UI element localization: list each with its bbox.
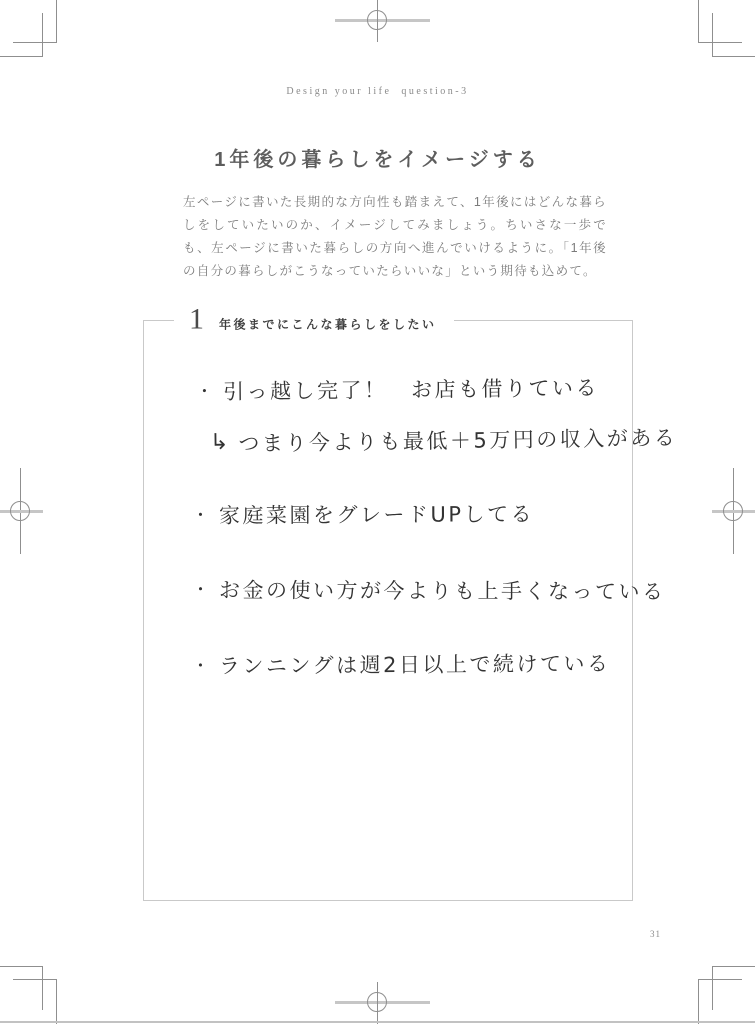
bullet-icon: ・ [192,503,209,524]
page-title: 1年後の暮らしをイメージする [0,143,755,172]
running-head: Design your life question-3 [0,86,755,97]
entry-text: 家庭菜園をグレードUPしてる [219,501,534,530]
handwritten-entry: ・ ランニングは週2日以上で続けている [192,651,611,681]
worksheet-box: 1 年後までにこんな暮らしをしたい ・ 引っ越し完了！ お店も借りている ↳ つ… [143,320,633,901]
handwritten-entry: ・ 家庭菜園をグレードUPしてる [192,501,534,530]
entry-text: ランニングは週2日以上で続けている [219,651,611,681]
entry-text: つまり今よりも最低＋5万円の収入がある [238,425,677,458]
branch-arrow-icon: ↳ [210,431,229,453]
bullet-icon: ・ [192,577,209,598]
book-page: Design your life question-3 1年後の暮らしをイメージ… [0,0,755,1024]
handwritten-entry: ・ 引っ越し完了！ お店も借りている [196,375,599,407]
entry-text: お金の使い方が今よりも上手くなっている [219,577,666,606]
page-number: 31 [650,929,661,939]
intro-paragraph: 左ページに書いた長期的な方向性も踏まえて、1年後にはどんな暮らしをしていたいのか… [183,191,607,283]
page-bottom-edge [0,1021,755,1023]
section-label: 年後までにこんな暮らしをしたい [219,316,437,333]
section-header: 1 年後までにこんな暮らしをしたい [174,305,454,335]
bullet-icon: ・ [192,653,209,674]
entry-text: 引っ越し完了！ お店も借りている [223,375,599,406]
section-number: 1 [189,305,204,335]
bullet-icon: ・ [196,379,213,400]
handwritten-entry: ・ お金の使い方が今よりも上手くなっている [192,577,666,606]
handwritten-sub-entry: ↳ つまり今よりも最低＋5万円の収入がある [210,425,678,459]
